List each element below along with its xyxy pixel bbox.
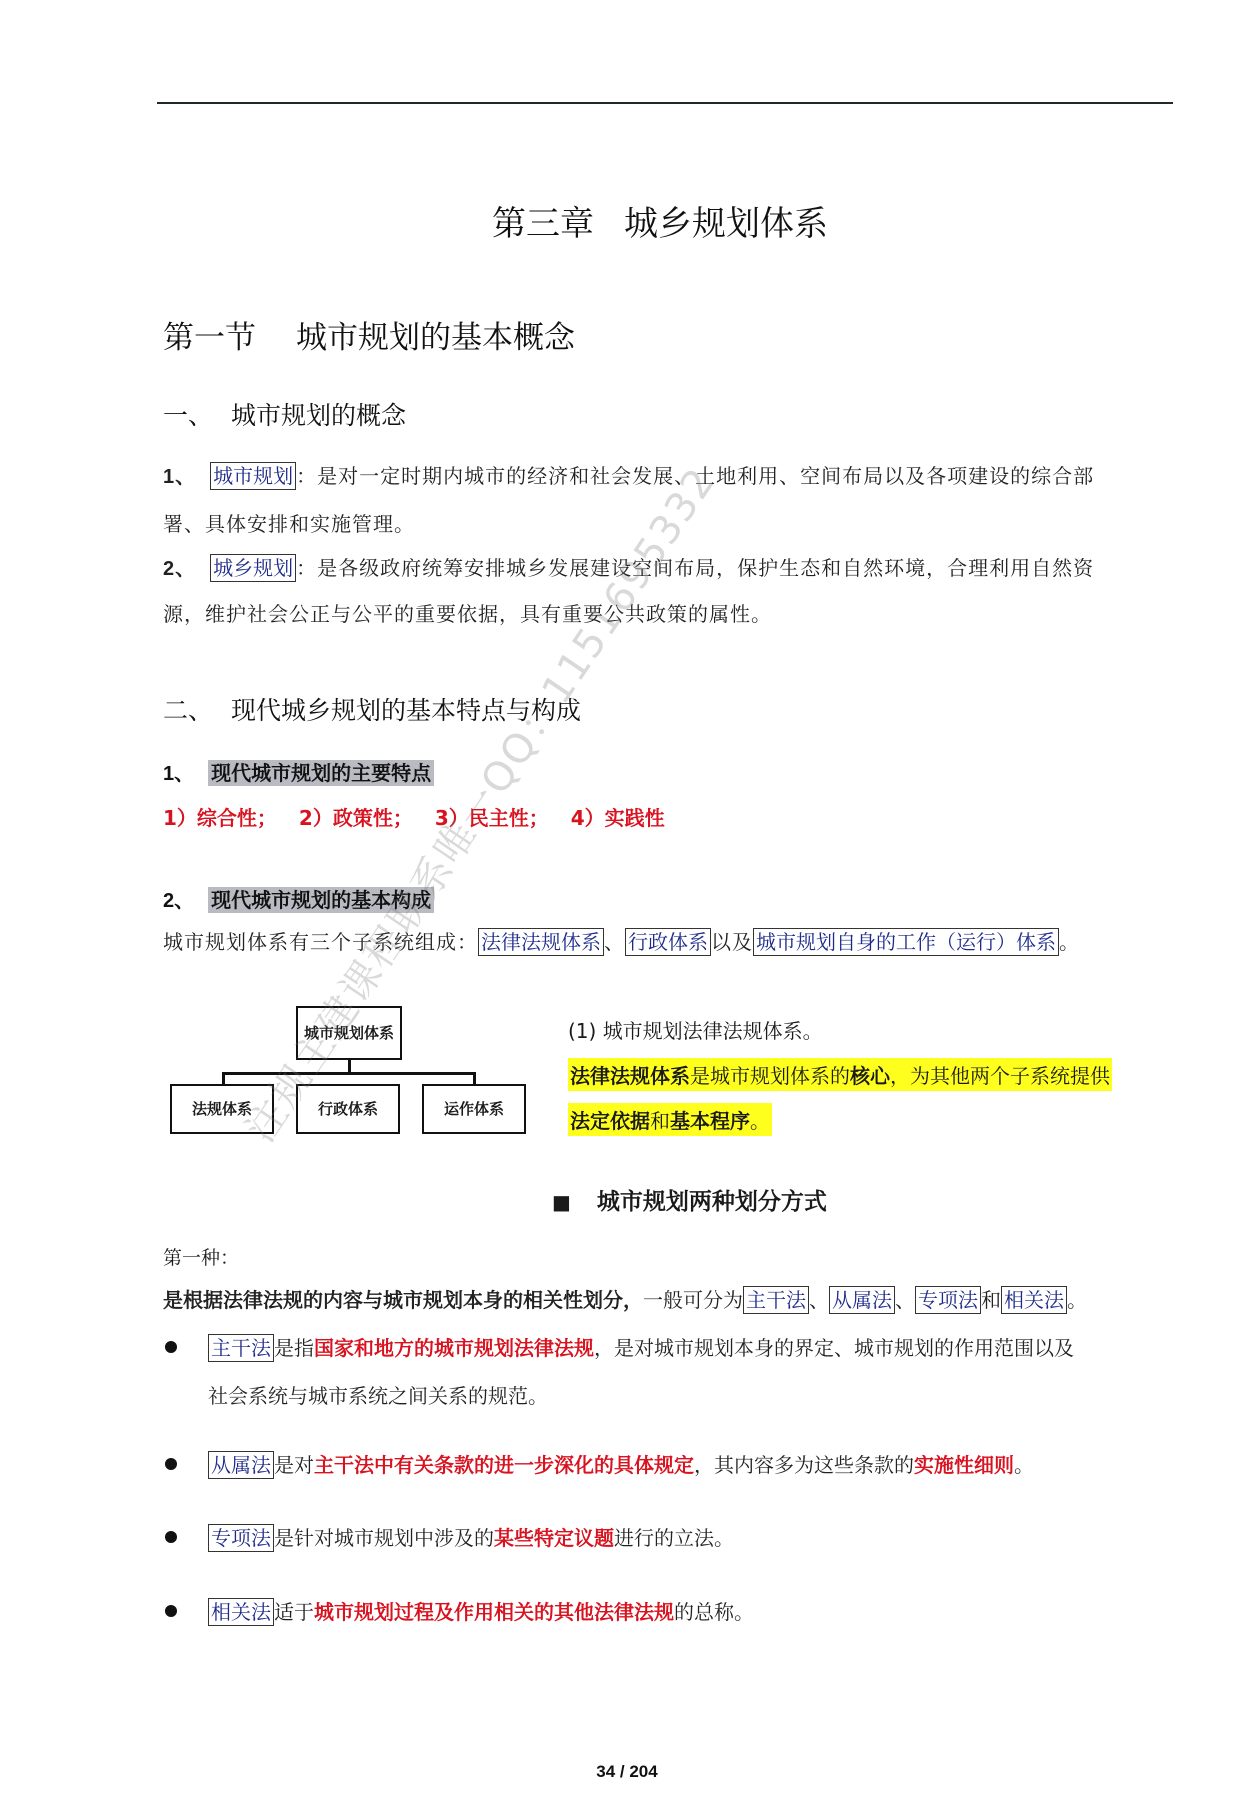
bullet-main-law: 主干法是指国家和地方的城市规划法律法规，是对城市规划本身的界定、城市规划的作用范… [208,1332,1074,1362]
term-operation-system: 城市规划自身的工作（运行）体系 [753,928,1059,956]
division-intro: 是根据法律法规的内容与城市规划本身的相关性划分，一般可分为主干法、从属法、专项法… [163,1284,1087,1314]
legal-system-line2: 法定依据和基本程序。 [568,1103,772,1136]
diagram-root-box: 城市规划体系 [296,1006,402,1060]
feature-item: 4）实践性 [571,806,665,830]
definition-urban-rural-planning-cont: 源，维护社会公正与公平的重要依据，具有重要公共政策的属性。 [163,598,772,627]
part2-heading: 二、现代城乡规划的基本特点与构成 [163,691,581,727]
diagram-child-box: 运作体系 [422,1084,526,1134]
bullet-subordinate-law: 从属法是对主干法中有关条款的进一步深化的具体规定，其内容多为这些条款的实施性细则… [208,1449,1034,1479]
features-list: 1）综合性；2）政策性；3）民主性；4）实践性 [163,802,687,831]
composition-sentence: 城市规划体系有三个子系统组成：法律法规体系、行政体系以及城市规划自身的工作（运行… [163,926,1080,956]
term-main-law: 主干法 [208,1334,274,1362]
diagram-child-box: 行政体系 [296,1084,400,1134]
term-legal-system: 法律法规体系 [478,928,604,956]
bullet-icon [165,1531,177,1543]
first-method-label: 第一种： [163,1243,239,1270]
bullet-icon [165,1341,177,1353]
legal-system-heading: (1) 城市规划法律法规体系。 [568,1015,823,1044]
diagram-connector [222,1072,476,1075]
feature-item: 1）综合性； [163,806,277,830]
header-rule [157,102,1173,104]
bullet-icon [165,1458,177,1470]
bullet-special-law: 专项法是针对城市规划中涉及的某些特定议题进行的立法。 [208,1522,734,1552]
term-admin-system: 行政体系 [625,928,711,956]
bullet-main-law-cont: 社会系统与城市系统之间关系的规范。 [208,1380,548,1409]
term-special-law: 专项法 [915,1286,981,1314]
feature-item: 3）民主性； [435,806,549,830]
part1-heading: 一、城市规划的概念 [163,396,406,432]
feature-item: 2）政策性； [299,806,413,830]
term-main-law: 主干法 [743,1286,809,1314]
legal-system-line1: 法律法规体系是城市规划体系的核心，为其他两个子系统提供 [568,1058,1112,1091]
chapter-title: 第三章城乡规划体系 [0,196,1254,245]
section-title: 第一节城市规划的基本概念 [163,312,575,357]
features-subheading: 1、现代城市规划的主要特点 [163,757,434,786]
page-number: 34 / 204 [0,1762,1254,1782]
composition-subheading: 2、现代城市规划的基本构成 [163,884,434,913]
term-urban-planning: 城市规划 [210,462,296,490]
definition-urban-planning-cont: 署、具体安排和实施管理。 [163,508,415,537]
diagram-child-box: 法规体系 [170,1084,274,1134]
definition-urban-rural-planning: 2、城乡规划：是各级政府统筹安排城乡发展建设空间布局，保护生态和自然环境，合理利… [163,552,1094,582]
definition-urban-planning: 1、城市规划：是对一定时期内城市的经济和社会发展、土地利用、空间布局以及各项建设… [163,460,1094,490]
term-subordinate-law: 从属法 [829,1286,895,1314]
bullet-related-law: 相关法适于城市规划过程及作用相关的其他法律法规的总称。 [208,1596,754,1626]
term-special-law: 专项法 [208,1524,274,1552]
term-subordinate-law: 从属法 [208,1451,274,1479]
bullet-icon [165,1605,177,1617]
division-heading: ■城市规划两种划分方式 [552,1183,827,1216]
term-related-law: 相关法 [1001,1286,1067,1314]
term-related-law: 相关法 [208,1598,274,1626]
term-urban-rural-planning: 城乡规划 [210,554,296,582]
square-bullet-icon: ■ [552,1190,571,1214]
